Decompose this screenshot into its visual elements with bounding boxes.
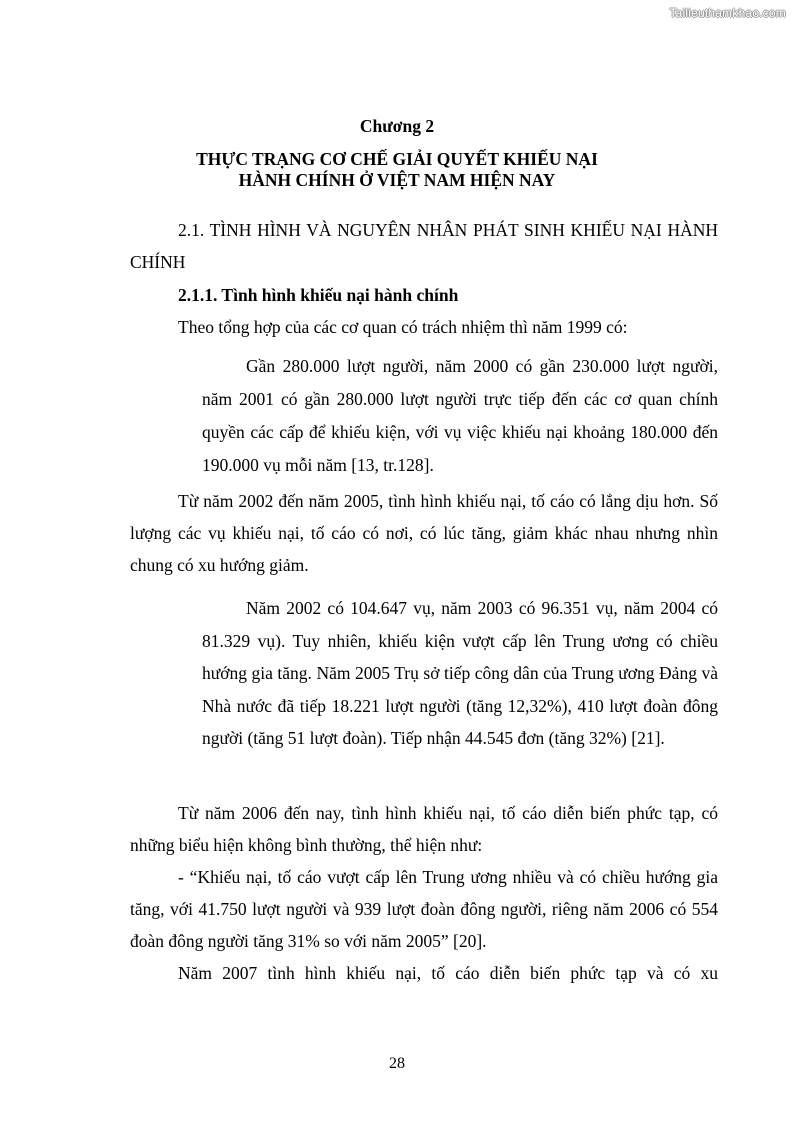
chapter-title: THỰC TRẠNG CƠ CHẾ GIẢI QUYẾT KHIẾU NẠI H… — [0, 149, 794, 191]
block-quote-2: Năm 2002 có 104.647 vụ, năm 2003 có 96.3… — [130, 592, 718, 755]
chapter-title-line-1: THỰC TRẠNG CƠ CHẾ GIẢI QUYẾT KHIẾU NẠI — [0, 149, 794, 170]
paragraph-quote-bullet: - “Khiếu nại, tố cáo vượt cấp lên Trung … — [130, 861, 718, 957]
paragraph-2002-2005: Từ năm 2002 đến năm 2005, tình hình khiế… — [130, 485, 718, 581]
document-page: Tailieuthamkhao.com Chương 2 THỰC TRẠNG … — [0, 0, 794, 1123]
chapter-title-line-2: HÀNH CHÍNH Ở VIỆT NAM HIỆN NAY — [0, 170, 794, 191]
watermark: Tailieuthamkhao.com — [669, 6, 786, 20]
block-quote-1-text: Gần 280.000 lượt người, năm 2000 có gần … — [202, 350, 718, 482]
paragraph-2007: Năm 2007 tình hình khiếu nại, tố cáo diễ… — [130, 957, 718, 989]
paragraph-2006: Từ năm 2006 đến nay, tình hình khiếu nại… — [130, 797, 718, 861]
subsection-heading: 2.1.1. Tình hình khiếu nại hành chính — [130, 279, 718, 311]
chapter-label: Chương 2 — [0, 116, 794, 137]
block-quote-2-text: Năm 2002 có 104.647 vụ, năm 2003 có 96.3… — [202, 592, 718, 755]
paragraph-intro: Theo tổng hợp của các cơ quan có trách n… — [130, 311, 718, 343]
block-quote-1: Gần 280.000 lượt người, năm 2000 có gần … — [130, 350, 718, 482]
section-heading: 2.1. TÌNH HÌNH VÀ NGUYÊN NHÂN PHÁT SINH … — [130, 214, 718, 278]
page-number: 28 — [0, 1055, 794, 1073]
